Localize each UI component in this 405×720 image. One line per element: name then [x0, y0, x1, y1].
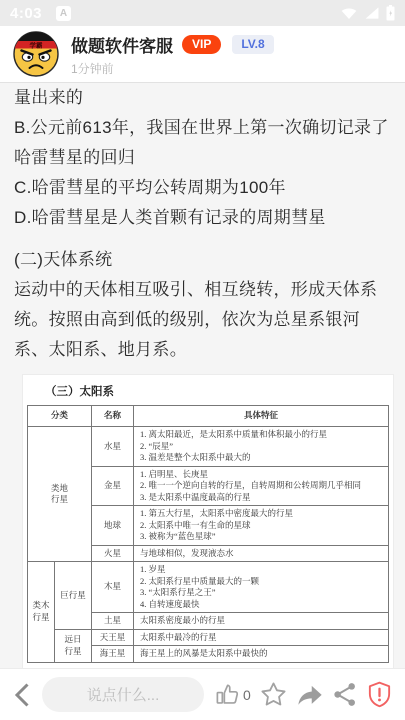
- cell-uranus: 天王星: [92, 629, 134, 646]
- table-row: 类木 行星 巨行星 木星 1. 岁星 2. 太阳系行星中质量最大的一颗 3. “…: [28, 562, 389, 613]
- thumbs-up-icon: [214, 681, 241, 708]
- header-text: 做题软件客服 VIP LV.8 1分钟前: [71, 32, 274, 77]
- share-button[interactable]: [332, 681, 359, 708]
- cell-subcategory-outer: 远日 行星: [55, 629, 92, 662]
- user-avatar[interactable]: 学霸: [13, 31, 59, 77]
- wifi-icon: [340, 6, 358, 20]
- cell-earth: 地球: [92, 506, 134, 546]
- post-content[interactable]: 量出来的 B.公元前613年，我国在世界上第一次确切记录了哈雷彗星的回归 C.哈…: [0, 83, 405, 668]
- cell-jupiter: 木星: [92, 562, 134, 613]
- like-count: 0: [243, 687, 251, 703]
- cell-venus: 金星: [92, 466, 134, 506]
- cell-subcategory-giant: 巨行星: [55, 562, 92, 630]
- table-title: （三）太阳系: [27, 381, 389, 405]
- cell-mars: 火星: [92, 545, 134, 562]
- cell-earth-features: 1. 第五大行星，太阳系中密度最大的行星 2. 太阳系中唯一有生命的星球 3. …: [134, 506, 389, 546]
- solar-system-table: 分类 名称 具体特征 类地 行星 水星 1. 离太阳最近，是太阳系中质量和体积最…: [27, 405, 389, 663]
- cell-category-terrestrial: 类地 行星: [28, 427, 92, 562]
- cell-mercury: 水星: [92, 427, 134, 467]
- section-body-text: 运动中的天体相互吸引、相互绕转，形成天体系统。按照由高到低的级别，依次为总星系银…: [14, 275, 391, 365]
- cell-saturn: 土星: [92, 613, 134, 630]
- cell-neptune-features: 海王星上的风暴是太阳系中最快的: [134, 646, 389, 663]
- table-row: 远日 行星 天王星 太阳系中最冷的行星: [28, 629, 389, 646]
- cell-venus-features: 1. 启明星、长庚星 2. 唯一一个逆向自转的行星，自转周期和公转周期几乎相同 …: [134, 466, 389, 506]
- favorite-button[interactable]: [259, 680, 288, 709]
- username[interactable]: 做题软件客服: [71, 32, 173, 57]
- post-header: 学霸 做题软件客服 VIP LV.8 1分钟前: [0, 26, 405, 83]
- cell-neptune: 海王星: [92, 646, 134, 663]
- section-heading: (二)天体系统: [14, 245, 391, 275]
- cell-mercury-features: 1. 离太阳最近，是太阳系中质量和体积最小的行星 2. “辰星” 3. 温差是整…: [134, 427, 389, 467]
- cell-uranus-features: 太阳系中最冷的行星: [134, 629, 389, 646]
- notification-app-icon: A: [56, 6, 71, 21]
- level-badge: LV.8: [232, 35, 273, 54]
- battery-icon: [386, 5, 395, 21]
- report-button[interactable]: [367, 681, 392, 708]
- comment-input[interactable]: 说点什么...: [42, 677, 204, 712]
- signal-icon: [364, 6, 380, 20]
- cell-category-jovian: 类木 行星: [28, 562, 55, 663]
- table-row: 类地 行星 水星 1. 离太阳最近，是太阳系中质量和体积最小的行星 2. “辰星…: [28, 427, 389, 467]
- share-arrow-icon: [296, 681, 324, 709]
- back-button[interactable]: [12, 681, 32, 709]
- shield-exclamation-icon: [367, 681, 392, 708]
- status-time: 4:03: [10, 5, 42, 22]
- col-header-feature: 具体特征: [134, 406, 389, 427]
- cell-jupiter-features: 1. 岁星 2. 太阳系行星中质量最大的一颗 3. “太阳系行星之王” 4. 自…: [134, 562, 389, 613]
- name-row: 做题软件客服 VIP LV.8: [71, 32, 274, 57]
- solar-system-table-image[interactable]: （三）太阳系 分类 名称 具体特征 类地 行星 水星 1. 离太阳最近，是太阳系…: [22, 374, 394, 668]
- table-header-row: 分类 名称 具体特征: [28, 406, 389, 427]
- status-bar: 4:03 A: [0, 0, 405, 26]
- star-icon: [259, 680, 288, 709]
- forward-button[interactable]: [296, 681, 324, 709]
- like-button[interactable]: 0: [214, 681, 251, 708]
- post-text-line: 量出来的: [14, 83, 391, 113]
- bottom-action-bar: 说点什么... 0: [0, 668, 405, 720]
- cell-mars-features: 与地球相似，发现液态水: [134, 545, 389, 562]
- cell-saturn-features: 太阳系密度最小的行星: [134, 613, 389, 630]
- vip-badge: VIP: [182, 35, 221, 54]
- option-b-text: B.公元前613年，我国在世界上第一次确切记录了哈雷彗星的回归: [14, 113, 391, 173]
- app-screen: 4:03 A 学霸: [0, 0, 405, 720]
- col-header-category: 分类: [28, 406, 92, 427]
- chevron-left-icon: [12, 681, 32, 709]
- svg-text:学霸: 学霸: [30, 40, 44, 49]
- option-c-text: C.哈雷彗星的平均公转周期为100年: [14, 173, 391, 203]
- post-timestamp: 1分钟前: [71, 60, 274, 77]
- col-header-name: 名称: [92, 406, 134, 427]
- share-nodes-icon: [332, 681, 359, 708]
- comment-placeholder: 说点什么...: [87, 684, 160, 705]
- option-d-text: D.哈雷彗星是人类首颗有记录的周期彗星: [14, 203, 391, 233]
